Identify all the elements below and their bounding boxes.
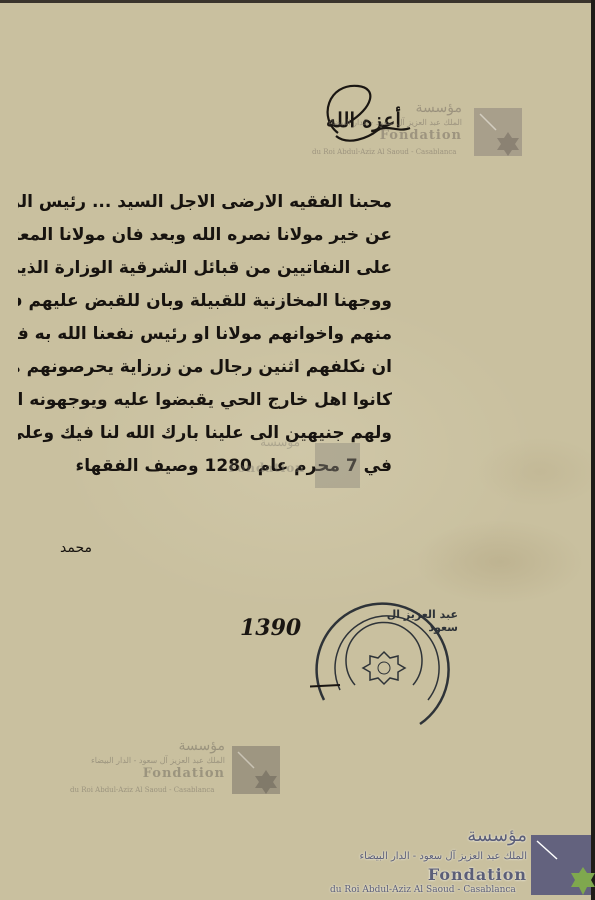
letter-line: ان نكلفهم اثنين رجال من زرزاية يحرصونهم … [18,351,392,384]
foundation-logo-icon [315,443,360,488]
watermark-ar-title: مؤسسة [416,100,462,116]
scan-edge-right [591,0,595,900]
letter-signature: محمد [60,540,92,556]
official-seal: عبد العزيز ال سعود [310,590,458,738]
watermark-fr-sub: du Roi Abdul-Aziz Al Saoud - Casablanca [70,786,214,794]
letter-line: ووجهنا المخازنية للقبيلة وبان للقبض عليه… [18,285,392,318]
foundation-logo-icon [474,108,522,156]
foundation-logo-icon [232,746,280,794]
watermark-middle: مؤسسة Fondation [150,435,360,497]
watermark-fr-title: Fondation [143,766,225,781]
watermark-fr-sub: du Roi Abdul-Aziz Al Saoud - Casablanca [312,148,456,156]
letter-line: منهم واخوانهم مولانا او رئيس نفعنا الله … [18,318,392,351]
reference-number: 1390 [240,615,301,641]
watermark-bottom-right: مؤسسة الملك عبد العزيز آل سعود - الدار ا… [330,825,595,900]
watermark-ar-sub: الملك عبد العزيز آل سعود - الدار البيضاء [359,851,527,862]
watermark-top: مؤسسة الملك عبد العزيز آل سعود - الدار ا… [312,100,522,162]
watermark-fr-sub: du Roi Abdul-Aziz Al Saoud - Casablanca [330,885,516,895]
watermark-ar-title: مؤسسة [260,435,300,449]
letter-line: عن خير مولانا نصره الله وبعد فان مولانا … [18,219,392,252]
watermark-fr-title: Fondation [380,128,462,143]
watermark-fr-title: Fondation [428,865,527,884]
watermark-ar-title: مؤسسة [467,825,527,846]
letter-line: على النفاتيين من قبائل الشرقية الوزارة ا… [18,252,392,285]
letter-line: كانوا اهل خارج الحي يقبضوا عليه ويوجهونه… [18,384,392,417]
foundation-star-icon [569,867,595,895]
watermark-fr-title: Fondation [228,461,305,475]
watermark-ar-title: مؤسسة [179,738,225,754]
letter-line: محبنا الفقيه الارضى الاجل السيد ... رئيس… [18,186,392,219]
seal-text: عبد العزيز ال سعود [362,608,458,634]
watermark-ar-sub: الملك عبد العزيز آل سعود - الدار البيضاء [91,756,225,765]
watermark-ar-sub: الملك عبد العزيز آل سعود - الدار البيضاء [328,118,462,127]
watermark-lower-left: مؤسسة الملك عبد العزيز آل سعود - الدار ا… [70,738,285,798]
scan-edge-top [0,0,595,3]
